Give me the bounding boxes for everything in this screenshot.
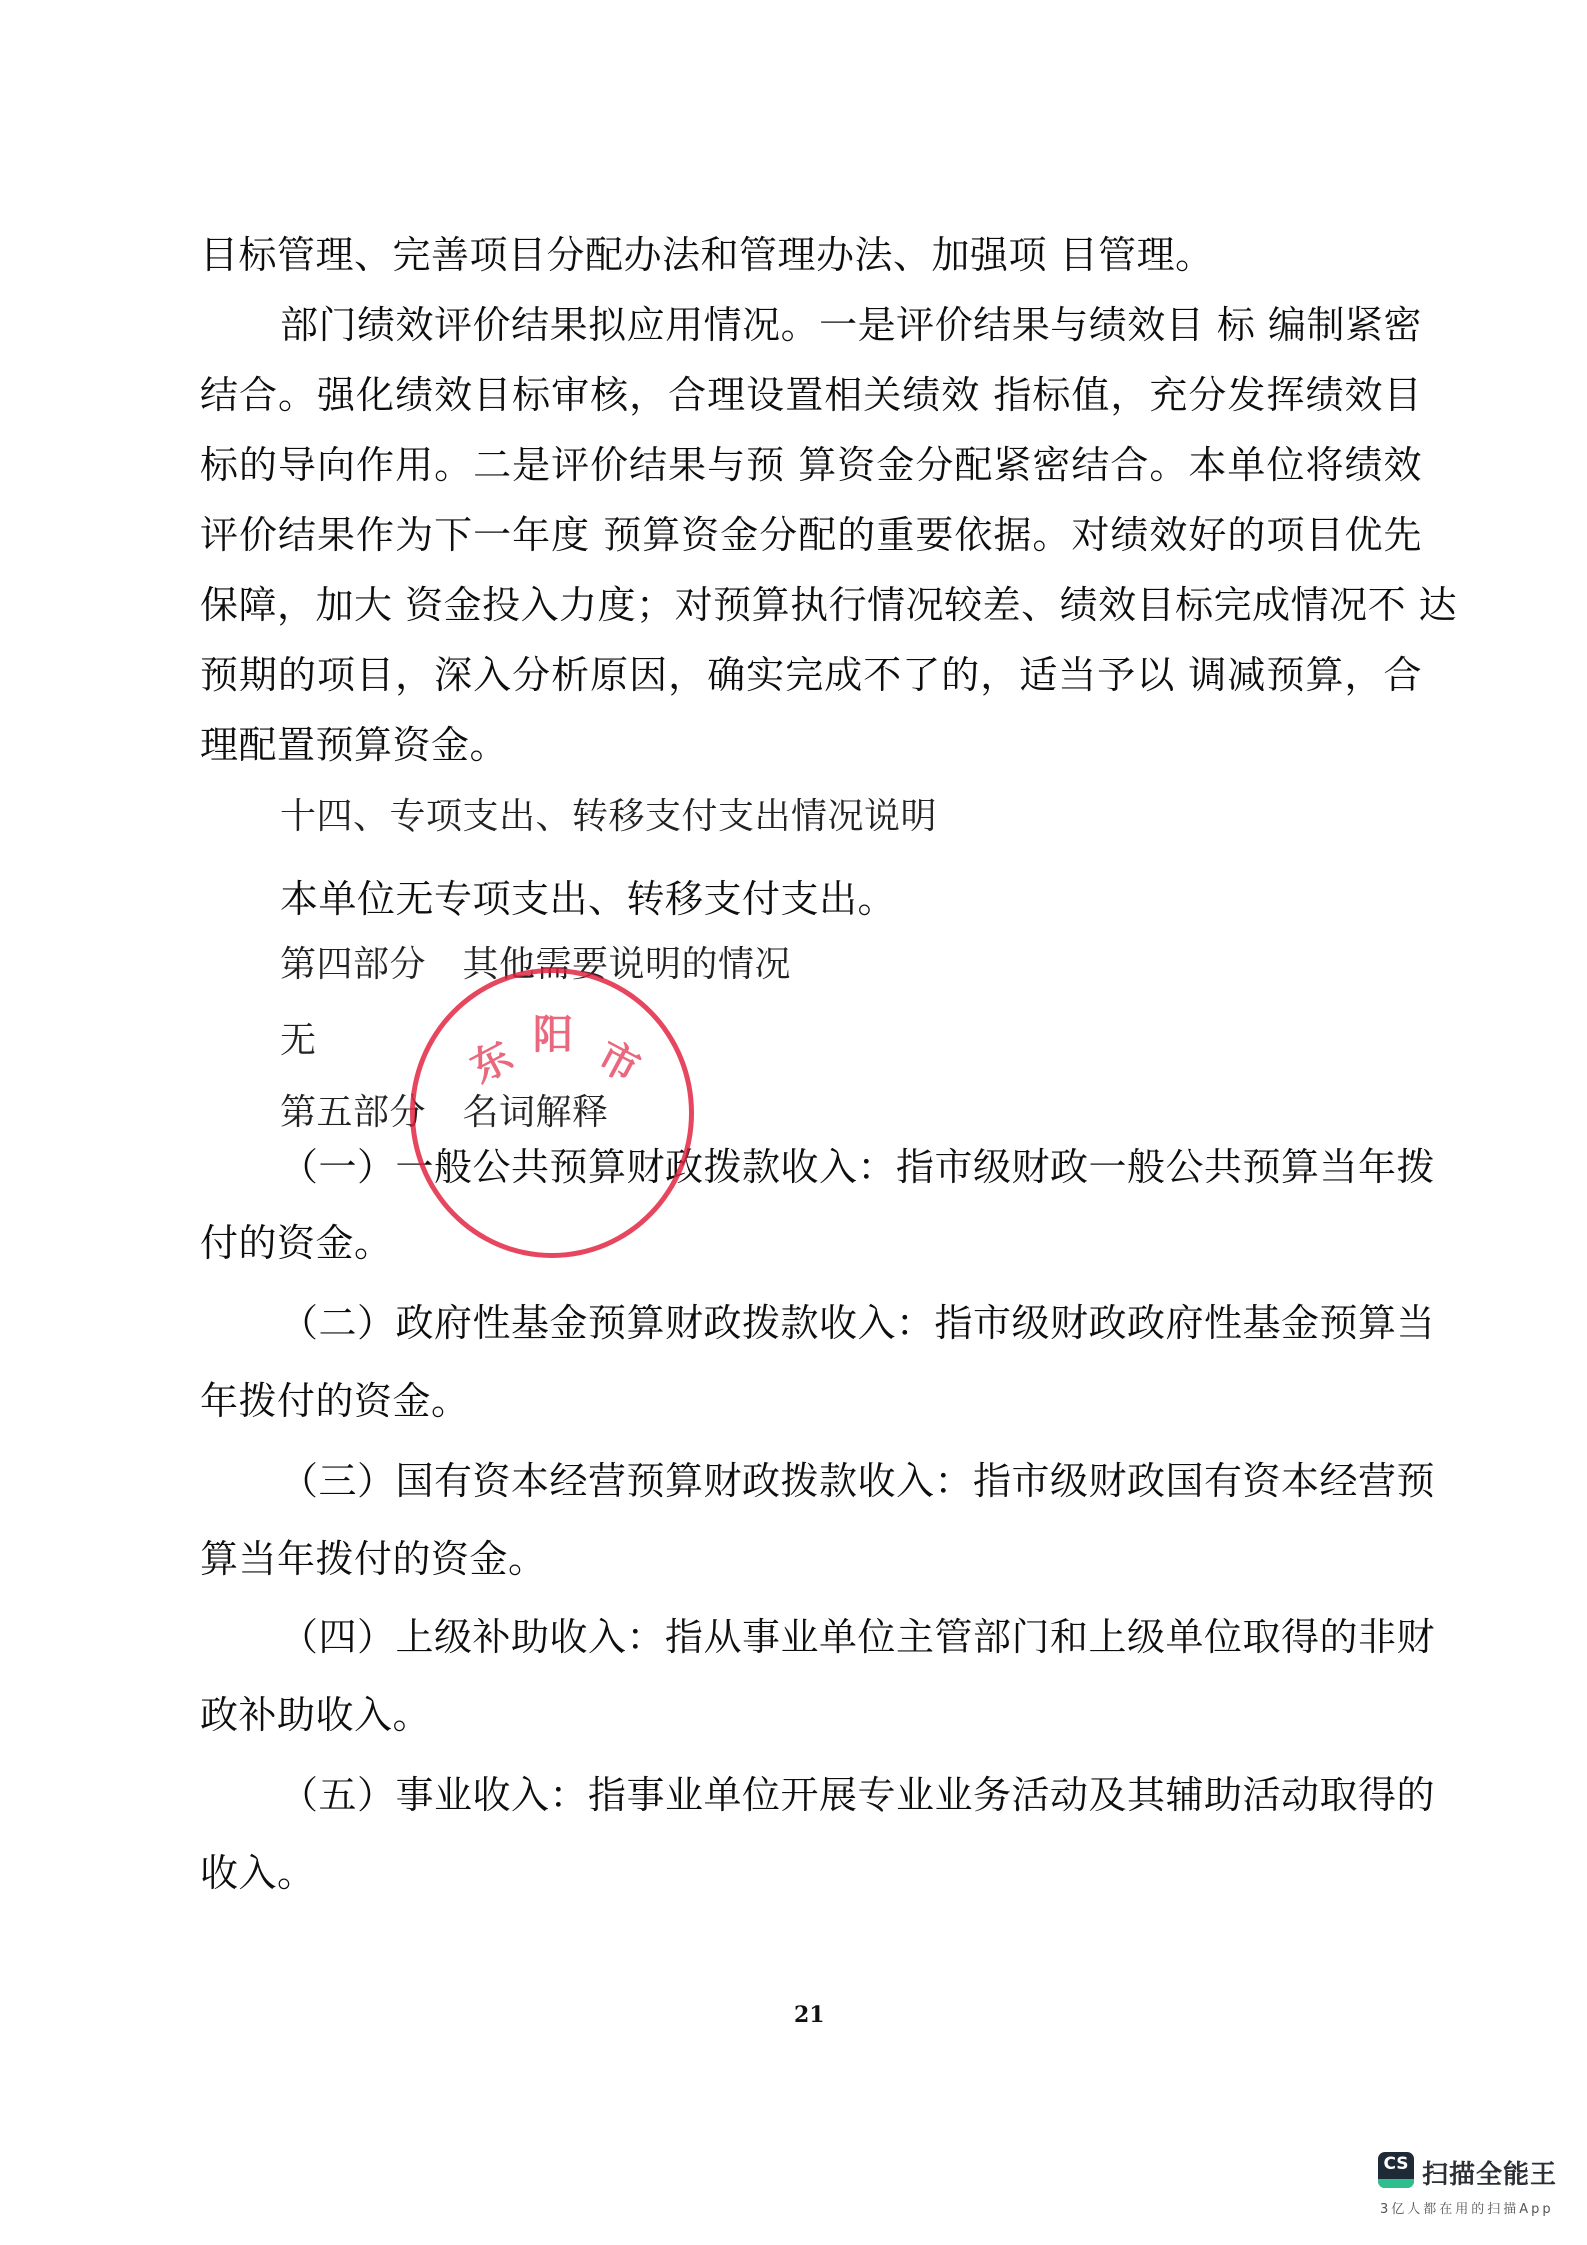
paragraph-line: 预期的项目，深入分析原因，确实完成不了的，适当予以 调减预算，合 [200,652,1422,698]
camscanner-watermark: CS 扫描全能王 3亿人都在用的扫描App [1378,2152,1578,2232]
definition-line: 算当年拨付的资金。 [200,1536,547,1582]
definition-line: 收入。 [200,1850,316,1896]
definition-line: （五）事业收入：指事业单位开展专业业务活动及其辅助活动取得的 [280,1772,1422,1818]
definition-line: （三）国有资本经营预算财政拨款收入：指市级财政国有资本经营预 [280,1458,1422,1504]
page-number: 21 [794,2002,825,2028]
part-body: 无 [280,1018,317,1064]
paragraph-line: 保障，加大 资金投入力度；对预算执行情况较差、绩效目标完成情况不 达 [200,582,1422,628]
part-heading: 第四部分 其他需要说明的情况 [280,942,791,988]
definition-line: 政补助收入。 [200,1692,431,1738]
camscanner-logo-icon: CS [1378,2152,1414,2188]
definition-line: （四）上级补助收入：指从事业单位主管部门和上级单位取得的非财 [280,1614,1422,1660]
paragraph-line: 部门绩效评价结果拟应用情况。一是评价结果与绩效目 标 编制紧密 [280,302,1422,348]
document-page: 目标管理、完善项目分配办法和管理办法、加强项 目管理。 部门绩效评价结果拟应用情… [0,0,1587,2245]
definition-line: 付的资金。 [200,1220,393,1266]
definition-line: 年拨付的资金。 [200,1378,470,1424]
paragraph-line: 结合。强化绩效目标审核，合理设置相关绩效 指标值，充分发挥绩效目 [200,372,1422,418]
seal-char: 市 [589,1025,651,1094]
watermark-title: 扫描全能王 [1422,2154,1557,2191]
section-heading: 十四、专项支出、转移支付支出情况说明 [280,794,937,840]
section-body: 本单位无专项支出、转移支付支出。 [280,876,896,922]
part-heading: 第五部分 名词解释 [280,1090,609,1136]
paragraph-line: 目标管理、完善项目分配办法和管理办法、加强项 目管理。 [200,232,1214,278]
seal-char: 阳 [533,1003,573,1060]
paragraph-line: 理配置预算资金。 [200,722,508,768]
seal-char: 东 [459,1025,521,1094]
paragraph-line: 标的导向作用。二是评价结果与预 算资金分配紧密结合。本单位将绩效 [200,442,1422,488]
definition-line: （一）一般公共预算财政拨款收入：指市级财政一般公共预算当年拨 [280,1144,1422,1190]
definition-line: （二）政府性基金预算财政拨款收入：指市级财政政府性基金预算当 [280,1300,1422,1346]
paragraph-line: 评价结果作为下一年度 预算资金分配的重要依据。对绩效好的项目优先 [200,512,1422,558]
watermark-subtitle: 3亿人都在用的扫描App [1380,2198,1554,2217]
